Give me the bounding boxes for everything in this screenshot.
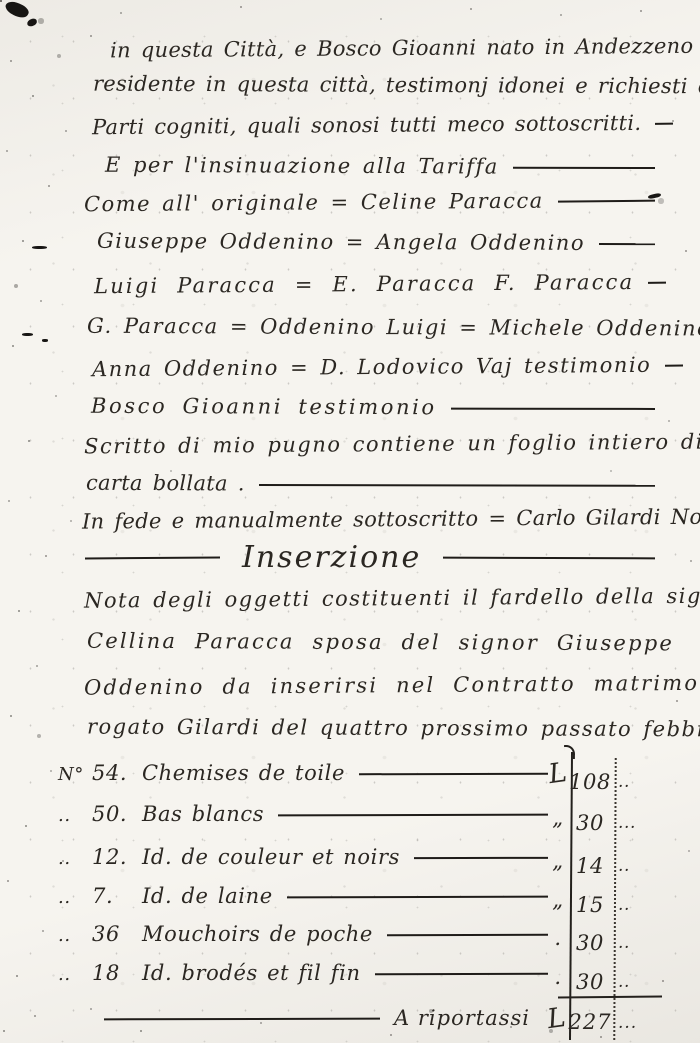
signature-line: Come all' originale = Celine Paracca: [84, 185, 655, 219]
ink-rule: [443, 557, 655, 560]
total-amount: 227: [568, 1005, 612, 1039]
total-label: A riportassi: [394, 1001, 530, 1035]
ink-rule: [287, 896, 548, 899]
ink-rule: [648, 282, 666, 284]
signature-line-text: Anna Oddenino = D. Lodovico Vaj testimon…: [92, 350, 651, 384]
ink-rule: [655, 123, 673, 125]
quantity: 18: [92, 957, 134, 989]
currency-ditto: „: [548, 884, 568, 916]
insertion-intro-line: rogato Gilardi del quattro prossimo pass…: [87, 712, 700, 745]
scan-blob: [3, 0, 30, 21]
amount: 14: [568, 850, 612, 882]
signature-line: Bosco Gioanni testimonio: [91, 391, 655, 423]
scan-blob: [22, 333, 33, 336]
signature-line: G. Paracca = Oddenino Luigi = Michele Od…: [87, 311, 655, 343]
ink-rule: [375, 973, 548, 975]
lire-symbol: L: [544, 1001, 571, 1038]
item-description: Id. brodés et fil fin: [142, 957, 361, 989]
ink-rule: [259, 484, 655, 487]
scan-blob: [32, 246, 47, 249]
item-description: Id. de couleur et noirs: [142, 841, 400, 873]
quantity-prefix: ..: [58, 959, 92, 991]
cents-ditto: ..: [612, 927, 648, 959]
quantity: 7.: [92, 880, 134, 912]
deed-line: carta bollata .: [86, 468, 655, 500]
scan-blob: [26, 18, 37, 27]
cents-ditto: ..: [612, 966, 648, 998]
inventory-row: N° 54. Chemises de toile L 108 ..: [58, 756, 648, 788]
ink-rule: [278, 814, 548, 817]
insertion-intro-text: rogato Gilardi del quattro prossimo pass…: [87, 712, 700, 745]
item-description: Bas blancs: [142, 798, 264, 830]
cents-ditto: ..: [612, 850, 648, 882]
quantity-prefix: ..: [58, 843, 92, 875]
item-description: Id. de laine: [142, 880, 273, 912]
quantity-prefix: ..: [58, 800, 92, 832]
inventory-row: .. 50. Bas blancs „ 30 ...: [58, 798, 648, 830]
deed-line-text: in questa Città, e Bosco Gioanni nato in…: [110, 31, 700, 66]
signature-line-text: G. Paracca = Oddenino Luigi = Michele Od…: [87, 311, 700, 344]
signature-line-text: Giuseppe Oddenino = Angela Oddenino: [97, 226, 585, 258]
cents-ditto: ...: [612, 807, 648, 839]
signature-line: Giuseppe Oddenino = Angela Oddenino: [97, 226, 655, 258]
ink-rule: [387, 934, 548, 936]
ink-rule: [85, 557, 220, 560]
cents-ditto: ...: [612, 1006, 648, 1040]
ink-rule: [359, 773, 548, 775]
scanned-notarial-document-page: in questa Città, e Bosco Gioanni nato in…: [0, 0, 700, 1043]
quantity-prefix: ..: [58, 882, 92, 914]
cents-ditto: ..: [612, 889, 648, 921]
deed-line: in questa Città, e Bosco Gioanni nato in…: [110, 31, 700, 66]
scan-speckles-edges: [0, 0, 2, 2]
amount: 30: [568, 927, 612, 959]
signature-line-text: Bosco Gioanni testimonio: [91, 391, 437, 423]
currency-ditto: .: [548, 961, 568, 993]
ink-rule: [599, 243, 655, 245]
inventory-row: .. 18 Id. brodés et fil fin . 30 ..: [58, 957, 648, 989]
deed-line: E per l'insinuazione alla Tariffa: [105, 150, 655, 182]
signature-line: Luigi Paracca = E. Paracca F. Paracca: [94, 267, 655, 301]
insertion-intro-text: Nota degli oggetti costituenti il fardel…: [84, 580, 700, 615]
inventory-row: .. 36 Mouchoirs de poche . 30 ..: [58, 918, 648, 950]
scan-blob: [42, 339, 48, 342]
attestation-text: In fede e manualmente sottoscritto = Car…: [82, 501, 700, 536]
attestation-line: In fede e manualmente sottoscritto = Car…: [82, 501, 700, 536]
deed-line: Scritto di mio pugno contiene un foglio …: [84, 427, 700, 462]
ink-rule: [451, 408, 655, 410]
amount: 108: [568, 766, 612, 798]
insertion-heading: Inserzione: [242, 540, 421, 575]
deed-line: residente in questa città, testimonj ido…: [93, 69, 700, 102]
ink-rule: [558, 200, 655, 203]
insertion-intro-text: Oddenino da inserirsi nel Contratto matr…: [84, 667, 700, 702]
currency-ditto: „: [548, 802, 568, 834]
cents-ditto: ..: [612, 766, 648, 798]
insertion-intro-line: Oddenino da inserirsi nel Contratto matr…: [84, 667, 700, 702]
ink-rule: [414, 857, 548, 859]
quantity-prefix: ..: [58, 920, 92, 952]
item-description: Mouchoirs de poche: [142, 918, 373, 950]
quantity: 36: [92, 918, 134, 950]
lire-symbol: L: [546, 757, 570, 791]
signature-line-text: Come all' originale = Celine Paracca: [84, 186, 544, 220]
deed-line-text: Scritto di mio pugno contiene un foglio …: [84, 427, 700, 462]
quantity-prefix: N°: [58, 759, 92, 791]
insertion-intro-line: Nota degli oggetti costituenti il fardel…: [84, 580, 700, 615]
item-description: Chemises de toile: [142, 757, 345, 789]
insertion-heading-row: Inserzione: [85, 540, 655, 575]
amount: 30: [568, 807, 612, 839]
inventory-row: .. 12. Id. de couleur et noirs „ 14 ..: [58, 841, 648, 873]
currency-ditto: .: [548, 922, 568, 954]
insertion-intro-line: Cellina Paracca sposa del signor Giusepp…: [87, 626, 674, 659]
signature-line: Anna Oddenino = D. Lodovico Vaj testimon…: [92, 350, 655, 384]
quantity: 50.: [92, 798, 134, 830]
deed-line-text: Parti cogniti, quali sonosi tutti meco s…: [92, 108, 641, 142]
ink-rule: [513, 167, 655, 169]
ink-rule: [665, 365, 683, 367]
currency-ditto: „: [548, 845, 568, 877]
deed-line-text: residente in questa città, testimonj ido…: [93, 69, 700, 102]
amount: 30: [568, 966, 612, 998]
deed-line-text: E per l'insinuazione alla Tariffa: [105, 150, 499, 182]
deed-line: Parti cogniti, quali sonosi tutti meco s…: [92, 108, 655, 142]
ink-rule: [104, 1018, 380, 1021]
amount: 15: [568, 889, 612, 921]
quantity: 12.: [92, 841, 134, 873]
quantity: 54.: [92, 757, 134, 789]
insertion-intro-text: Cellina Paracca sposa del signor Giusepp…: [87, 626, 674, 659]
inventory-total-row: A riportassi L 227 ...: [104, 1000, 648, 1034]
deed-line-text: carta bollata .: [86, 468, 245, 499]
inventory-row: .. 7. Id. de laine „ 15 ..: [58, 880, 648, 912]
signature-line-text: Luigi Paracca = E. Paracca F. Paracca: [94, 267, 635, 301]
